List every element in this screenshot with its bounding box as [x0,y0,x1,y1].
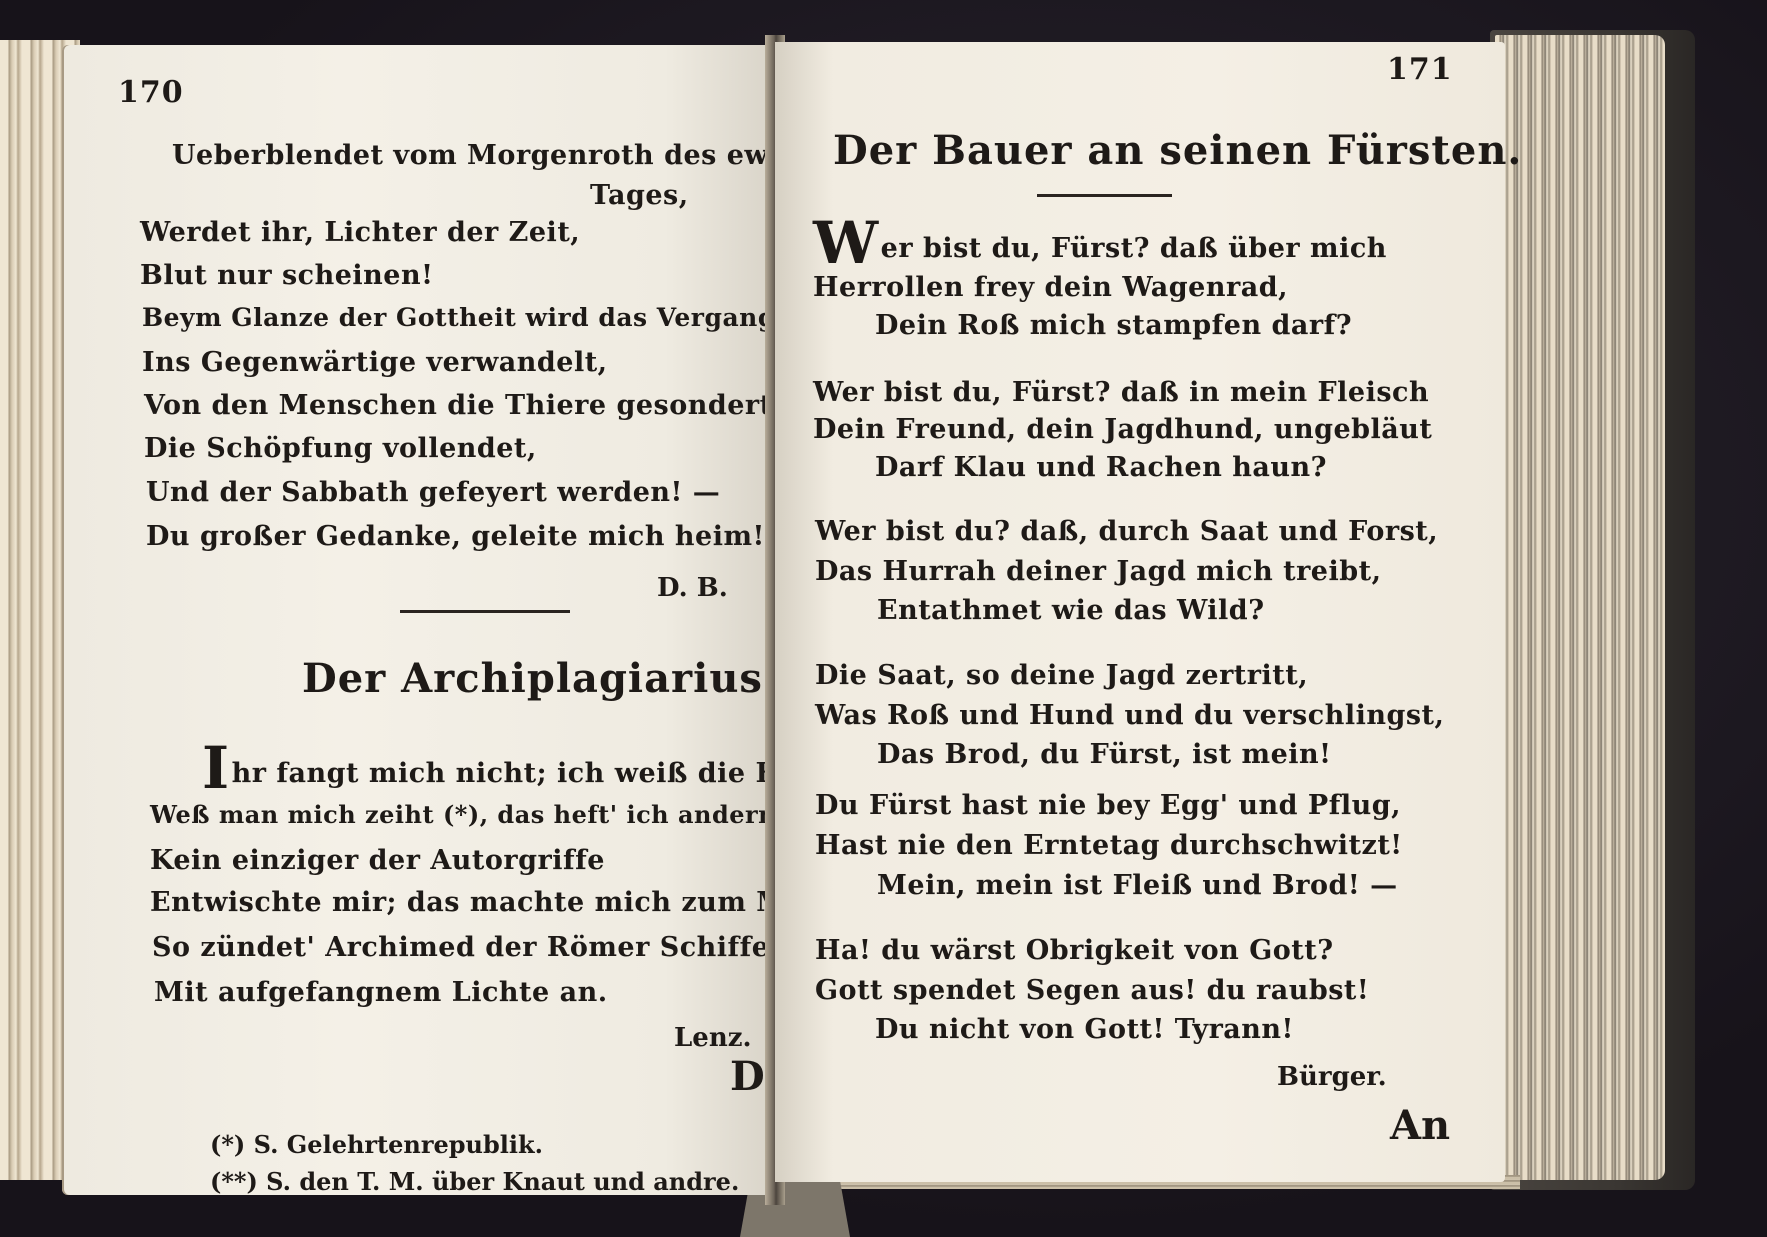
author-signature: D. B. [657,573,728,603]
verse-line: Kein einziger der Autorgriffe [150,845,605,876]
section-divider [1037,194,1172,197]
section-divider [400,610,570,613]
verse-line: Tages, [590,180,689,211]
verse-line: Die Schöpfung vollendet, [144,433,537,464]
poem-title: Der Bauer an seinen Fürsten. [833,127,1522,174]
left-page: 170 Ueberblendet vom Morgenroth des ewig… [62,45,772,1195]
verse-line: So zündet' Archimed der Römer Schiffe [152,932,769,963]
verse-line: Herrollen frey dein Wagenrad, [813,272,1288,303]
verse-line: Wer bist du? daß, durch Saat und Forst, [815,516,1438,547]
verse-line: Dein Freund, dein Jagdhund, ungebläut [813,414,1432,445]
verse-line: Das Hurrah deiner Jagd mich treibt, [815,556,1381,587]
footnote: (*) S. Gelehrtenrepublik. [210,1130,543,1159]
verse-line: Die Saat, so deine Jagd zertritt, [815,660,1308,691]
verse-line: Das Brod, du Fürst, ist mein! [877,739,1332,770]
verse-line: Du nicht von Gott! Tyrann! [875,1014,1294,1045]
right-page: 171 Der Bauer an seinen Fürsten. Wer bis… [775,42,1505,1182]
verse-line: Gott spendet Segen aus! du raubst! [815,975,1369,1006]
verse-line: Ha! du wärst Obrigkeit von Gott? [815,935,1334,966]
verse-line: Mein, mein ist Fleiß und Brod! — [877,870,1398,901]
verse-line: Was Roß und Hund und du verschlingst, [815,700,1444,731]
verse-line: Mit aufgefangnem Lichte an. [154,977,608,1008]
catchword: An [1390,1102,1450,1149]
author-signature: Bürger. [1277,1062,1387,1092]
verse-line: Wer bist du, Fürst? daß über mich [813,220,1387,266]
verse-line: Du großer Gedanke, geleite mich heim! [146,521,765,552]
author-signature: Lenz. [674,1023,752,1053]
verse-line: Darf Klau und Rachen haun? [875,452,1327,483]
verse-line: Entathmet wie das Wild? [877,595,1265,626]
verse-line: Du Fürst hast nie bey Egg' und Pflug, [815,790,1401,821]
verse-line: Entwischte mir; das machte mich zum Mann… [150,887,857,918]
verse-line: Wer bist du, Fürst? daß in mein Fleisch [813,377,1429,408]
verse-line: Werdet ihr, Lichter der Zeit, [140,217,580,248]
verse-line: Blut nur scheinen! [140,260,433,291]
poem-title: Der Archiplagiarius. [302,655,778,702]
drop-cap: I [202,734,230,802]
verse-line: Ueberblendet vom Morgenroth des ewigen [172,140,836,171]
drop-cap: W [813,209,879,277]
verse-line: Und der Sabbath gefeyert werden! — [146,477,720,508]
page-number: 171 [1387,52,1453,87]
verse-line: Hast nie den Erntetag durchschwitzt! [815,830,1403,861]
footnote: (**) S. den T. M. über Knaut und andre. [210,1167,739,1196]
page-number: 170 [118,75,184,110]
verse-line: Beym Glanze der Gottheit wird das Vergan… [142,303,827,332]
right-page-fore-edges [1495,35,1665,1180]
verse-line: Ins Gegenwärtige verwandelt, [142,347,608,378]
verse-line: Von den Menschen die Thiere gesondert, [144,390,783,421]
verse-line: Dein Roß mich stampfen darf? [875,310,1352,341]
